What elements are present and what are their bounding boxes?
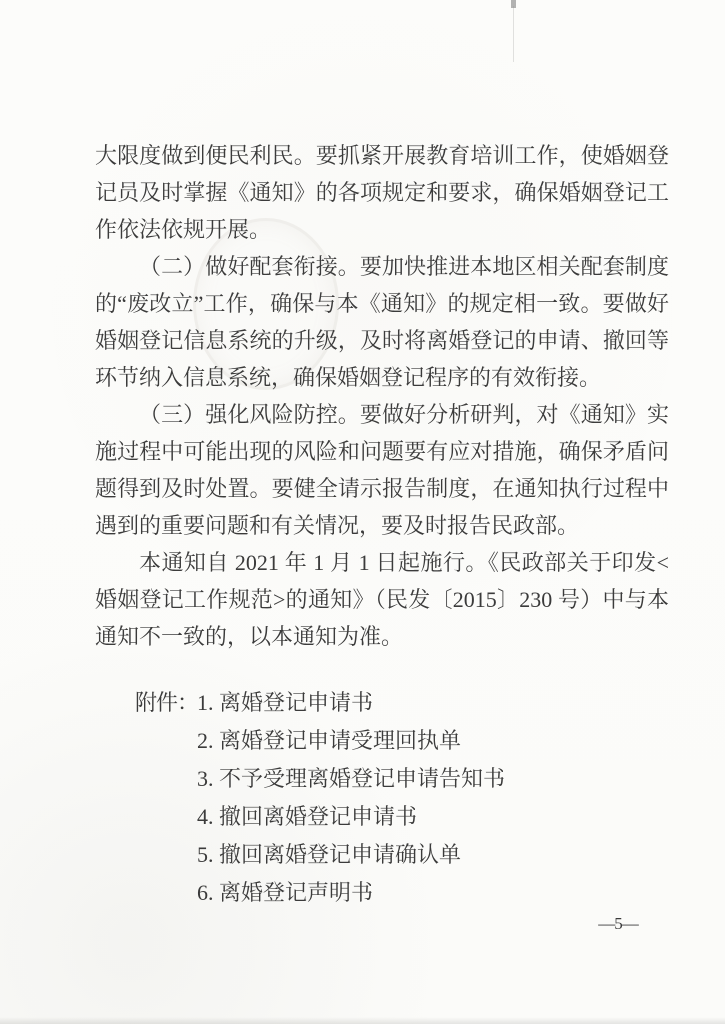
attachment-item-6: 6. 离婚登记声明书 [197, 874, 505, 912]
page-number: —5— [588, 914, 648, 934]
attachments-list: 1. 离婚登记申请书 2. 离婚登记申请受理回执单 3. 不予受理离婚登记申请告… [197, 684, 505, 912]
attachment-item-1: 1. 离婚登记申请书 [197, 684, 505, 722]
paragraph-item-2: （二）做好配套衔接。要加快推进本地区相关配套制度的“废改立”工作，确保与本《通知… [95, 248, 669, 396]
attachment-item-3: 3. 不予受理离婚登记申请告知书 [197, 760, 505, 798]
attachment-item-4: 4. 撤回离婚登记申请书 [197, 798, 505, 836]
scan-bottom-edge [0, 1017, 725, 1024]
paragraph-continuation: 大限度做到便民利民。要抓紧开展教育培训工作，使婚姻登记员及时掌握《通知》的各项规… [95, 137, 669, 248]
attachments-label: 附件： [135, 684, 197, 722]
scan-crease-line [513, 6, 514, 62]
paragraph-effective-date: 本通知自 2021 年 1 月 1 日起施行。《民政部关于印发<婚姻登记工作规范… [95, 544, 669, 655]
document-page: 大限度做到便民利民。要抓紧开展教育培训工作，使婚姻登记员及时掌握《通知》的各项规… [0, 0, 725, 1024]
attachments-block: 附件： 1. 离婚登记申请书 2. 离婚登记申请受理回执单 3. 不予受理离婚登… [135, 684, 505, 912]
paragraph-item-3: （三）强化风险防控。要做好分析研判，对《通知》实施过程中可能出现的风险和问题要有… [95, 396, 669, 544]
attachment-item-2: 2. 离婚登记申请受理回执单 [197, 722, 505, 760]
document-body: 大限度做到便民利民。要抓紧开展教育培训工作，使婚姻登记员及时掌握《通知》的各项规… [95, 137, 669, 655]
attachment-item-5: 5. 撤回离婚登记申请确认单 [197, 836, 505, 874]
